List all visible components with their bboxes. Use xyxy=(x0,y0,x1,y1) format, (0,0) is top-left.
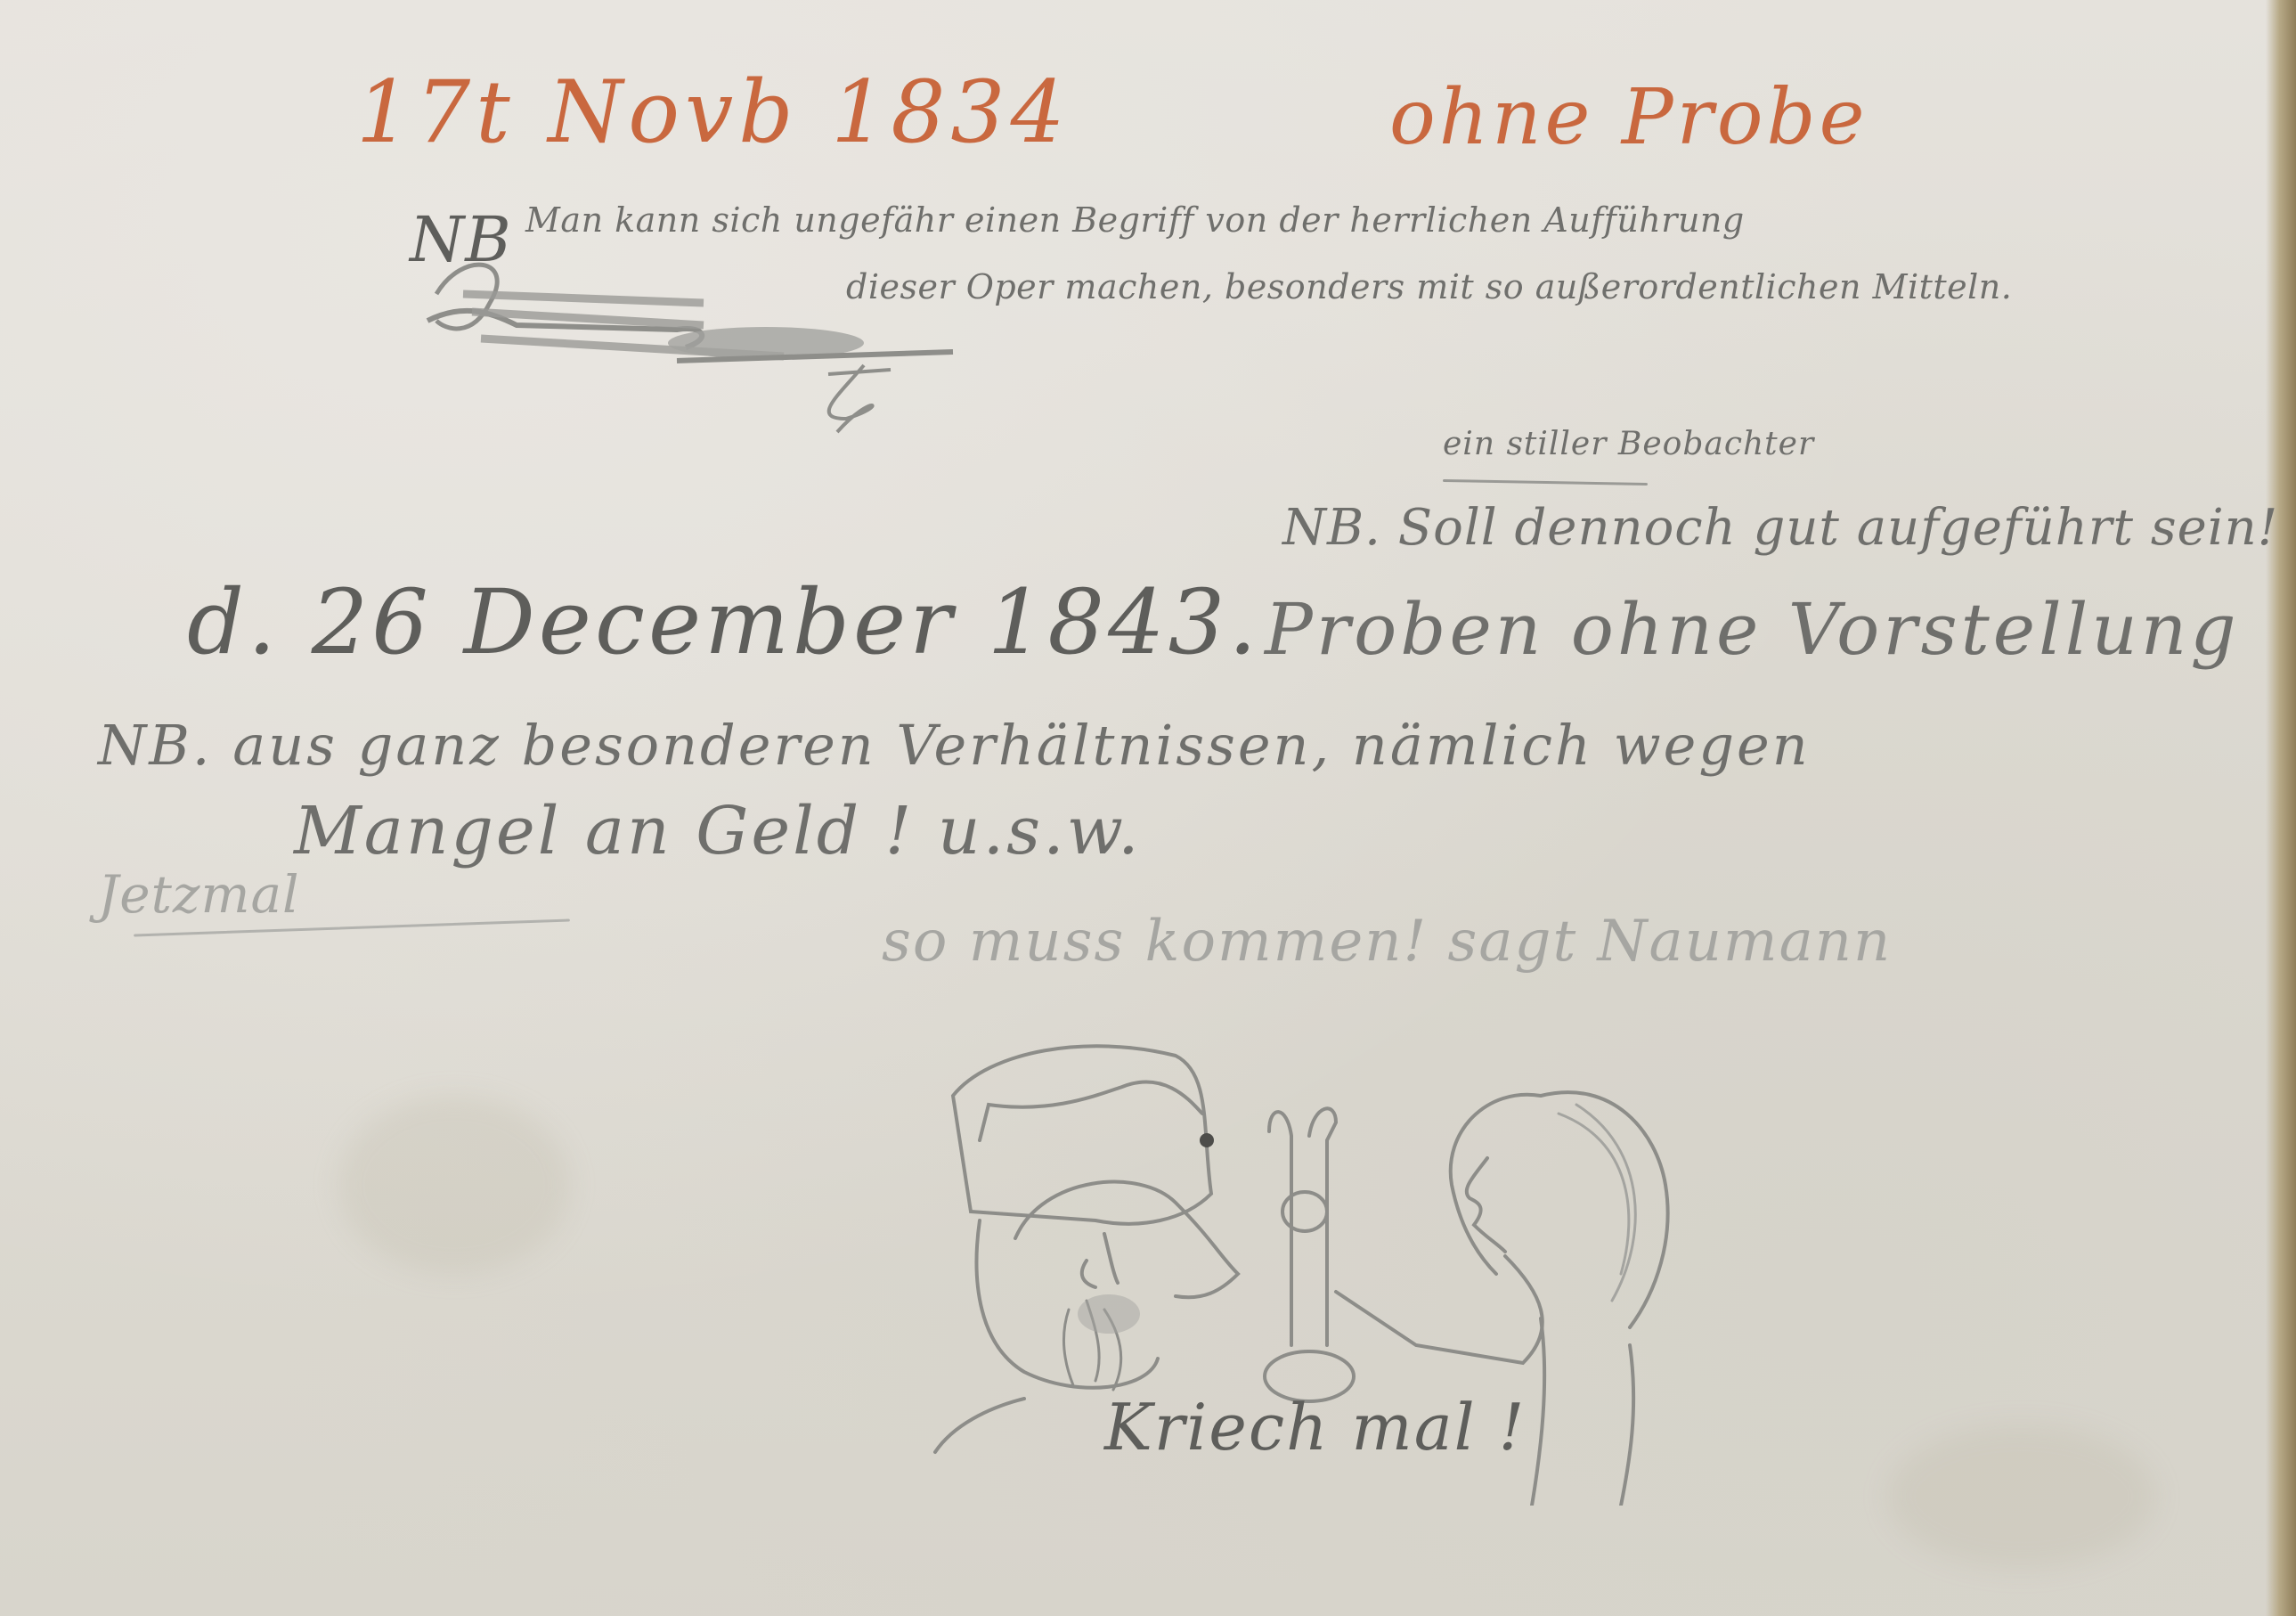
brace-underline xyxy=(1443,479,1648,486)
paper-stain xyxy=(338,1096,570,1274)
sketch-caption: Kriech mal ! xyxy=(1104,1390,1526,1465)
sketch-caption-above: so muss kommen! sagt Naumann xyxy=(882,909,1892,975)
entry2-date: d. 26 December 1843. xyxy=(187,570,1260,674)
entry1-title: ohne Probe xyxy=(1389,73,1868,162)
entry2-nb-line: NB. Soll dennoch gut aufgeführt sein! xyxy=(1282,499,2278,557)
paper-stain xyxy=(1888,1425,2155,1568)
entry2-heading: Proben ohne Vorstellung xyxy=(1265,588,2240,671)
manuscript-page: 17t Novb 1834 ohne Probe NB Man kann sic… xyxy=(0,0,2296,1616)
entry1-note-line1: Man kann sich ungefähr einen Begriff von… xyxy=(525,200,1745,240)
entry1-note-line2: dieser Oper machen, besonders mit so auß… xyxy=(846,267,2012,306)
page-edge xyxy=(2266,0,2296,1616)
crossed-out-scribble xyxy=(410,241,997,437)
entry2-faint-left: Jetzmal xyxy=(98,864,300,925)
entry2-line3: Mangel an Geld ! u.s.w. xyxy=(294,793,1142,869)
entry2-line2: NB. aus ganz besonderen Verhältnissen, n… xyxy=(98,713,1811,778)
entry2-annotation-above: ein stiller Beobachter xyxy=(1443,426,1814,462)
entry1-date: 17t Novb 1834 xyxy=(356,62,1071,162)
